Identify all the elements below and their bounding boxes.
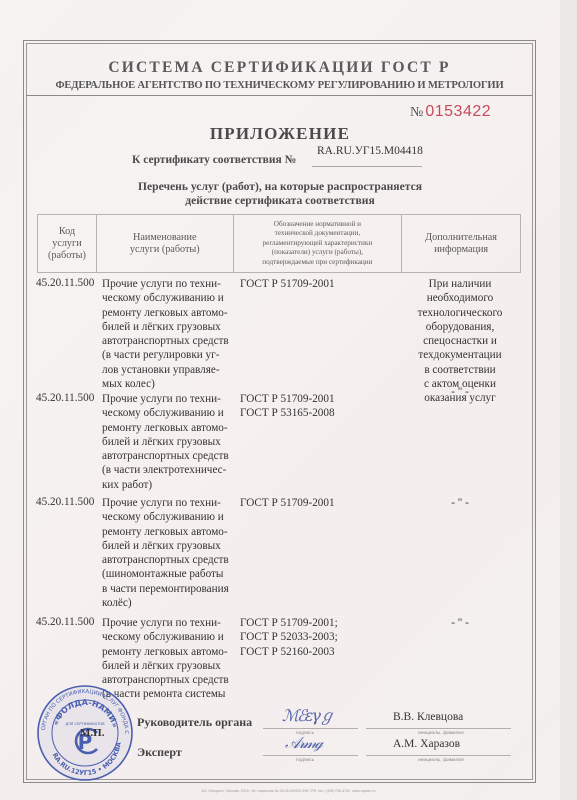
expert-signature-line xyxy=(263,755,358,756)
certificate-number-underline xyxy=(312,166,422,167)
annex-title: ПРИЛОЖЕНИЕ xyxy=(0,124,560,144)
head-signature-icon: ℳℰεγℊ xyxy=(282,703,333,726)
service-standards: ГОСТ Р 51709-2001 xyxy=(240,277,400,291)
list-title-line-1: Перечень услуг (работ), на которые распр… xyxy=(0,180,560,194)
head-of-body-label: Руководитель органа xyxy=(137,715,252,730)
expert-signature-icon: 𝒜𝓇𝓂ℊ xyxy=(285,733,321,753)
service-code: 45.20.11.500 xyxy=(36,277,100,289)
column-header-code: Код услуги (работы) xyxy=(38,215,97,273)
certificate-ref-label: К сертификату соответствия № xyxy=(132,154,296,166)
service-standards: ГОСТ Р 51709-2001 xyxy=(240,496,400,510)
service-info: - " - xyxy=(400,616,520,630)
serial-value: 0153422 xyxy=(425,103,491,120)
header-block: СИСТЕМА СЕРТИФИКАЦИИ ГОСТ Р ФЕДЕРАЛЬНОЕ … xyxy=(26,43,533,96)
service-name: Прочие услуги по техни- ческому обслужив… xyxy=(102,392,242,492)
expert-name-caption: инициалы, фамилия xyxy=(418,758,464,763)
svg-text:ДЛЯ СЕРТИФИКАТОВ: ДЛЯ СЕРТИФИКАТОВ xyxy=(65,722,105,726)
column-header-standards: Обозначение нормативной и технической до… xyxy=(233,215,402,273)
seal-label: М.П. xyxy=(80,727,104,739)
expert-signature-caption: подпись xyxy=(296,758,314,763)
service-info: - " - xyxy=(400,496,520,510)
system-title: СИСТЕМА СЕРТИФИКАЦИИ ГОСТ Р xyxy=(26,59,533,77)
service-standards: ГОСТ Р 51709-2001 ГОСТ Р 53165-2008 xyxy=(240,392,400,421)
service-code: 45.20.11.500 xyxy=(36,496,100,508)
expert-label: Эксперт xyxy=(137,745,182,760)
services-list-title: Перечень услуг (работ), на которые распр… xyxy=(0,180,560,208)
column-header-additional-info: Дополнительная информация xyxy=(402,215,521,273)
certificate-number: RA.RU.УГ15.М04418 xyxy=(317,145,423,157)
service-standards: ГОСТ Р 51709-2001; ГОСТ Р 52033-2003; ГО… xyxy=(240,616,400,659)
service-name: Прочие услуги по техни- ческому обслужив… xyxy=(102,277,242,391)
list-title-line-2: действие сертификата соответствия xyxy=(0,194,560,208)
printer-imprint: АО «Опцион», Москва, 2015, «Б» лицензия … xyxy=(0,789,577,793)
head-name-line xyxy=(366,728,511,729)
column-header-name: Наименование услуги (работы) xyxy=(96,215,233,273)
services-table-header: Код услуги (работы) Наименование услуги … xyxy=(37,214,521,273)
service-info: - " - xyxy=(400,385,520,399)
service-code: 45.20.11.500 xyxy=(36,392,100,404)
service-code: 45.20.11.500 xyxy=(36,616,100,628)
agency-title: ФЕДЕРАЛЬНОЕ АГЕНТСТВО ПО ТЕХНИЧЕСКОМУ РЕ… xyxy=(26,80,533,91)
expert-name: А.М. Харазов xyxy=(393,738,460,750)
serial-number: №0153422 xyxy=(410,103,491,121)
head-signature-line xyxy=(263,728,358,729)
serial-prefix: № xyxy=(410,105,423,120)
paper-edge xyxy=(560,0,577,800)
head-name-caption: инициалы, фамилия xyxy=(418,731,464,736)
expert-name-line xyxy=(366,755,511,756)
head-name: В.В. Клевцова xyxy=(393,711,463,723)
service-name: Прочие услуги по техни- ческому обслужив… xyxy=(102,496,242,610)
